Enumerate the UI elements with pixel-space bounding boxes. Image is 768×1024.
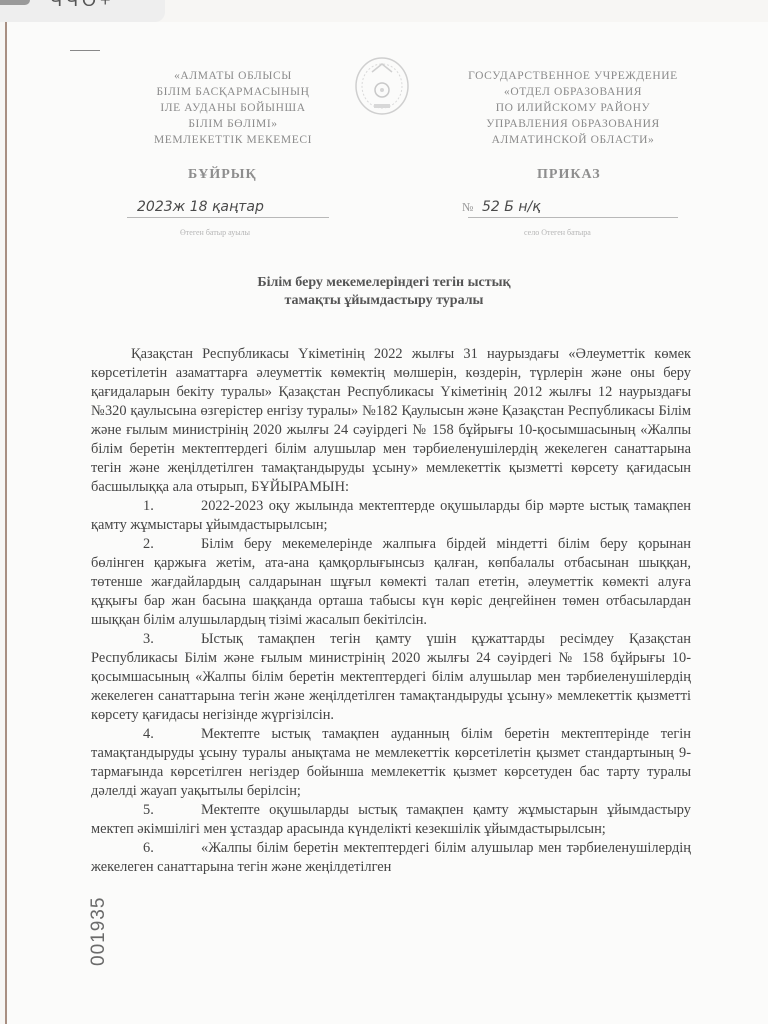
number-sign: №	[462, 200, 473, 215]
title-line: тамақты ұйымдастыру туралы	[0, 292, 768, 310]
order-item: 1.2022-2023 оқу жылында мектептерде оқуш…	[91, 497, 691, 535]
order-item: 3.Ыстық тамақпен тегін қамту үшін құжатт…	[91, 630, 691, 725]
header-line: УПРАВЛЕНИЯ ОБРАЗОВАНИЯ	[442, 116, 704, 132]
header-russian-org: ГОСУДАРСТВЕННОЕ УЧРЕЖДЕНИЕ «ОТДЕЛ ОБРАЗО…	[442, 68, 704, 148]
handwritten-number: 52 Б н/қ	[482, 199, 541, 215]
place-russian: село Отеген батыра	[524, 228, 591, 237]
doc-type-kazakh: БҰЙРЫҚ	[188, 167, 257, 183]
title-line: Білім беру мекемелеріндегі тегін ыстық	[0, 274, 768, 292]
date-field: 2023ж 18 қаңтар	[127, 195, 329, 218]
document-title: Білім беру мекемелеріндегі тегін ыстық т…	[0, 274, 768, 310]
item-number: 4.	[143, 725, 201, 744]
header-line: ІЛЕ АУДАНЫ БОЙЫНША	[128, 100, 338, 116]
order-item: 5.Мектепте оқушыларды ыстық тамақпен қам…	[91, 801, 691, 839]
header-line: ПО ИЛИЙСКОМУ РАЙОНУ	[442, 100, 704, 116]
item-number: 3.	[143, 630, 201, 649]
handwritten-date: 2023ж 18 қаңтар	[137, 199, 264, 215]
place-kazakh: Өтеген батыр ауылы	[180, 228, 250, 237]
item-number: 2.	[143, 535, 201, 554]
order-item: 2.Білім беру мекемелерінде жалпыға бірде…	[91, 535, 691, 630]
corner-dash	[70, 50, 100, 51]
header-line: БІЛІМ БӨЛІМІ»	[128, 116, 338, 132]
header-line: «АЛМАТЫ ОБЛЫСЫ	[128, 68, 338, 84]
header-line: МЕМЛЕКЕТТІК МЕКЕМЕСІ	[128, 132, 338, 148]
order-number-field: № 52 Б н/қ	[468, 195, 678, 218]
overlay-label: ЧЧО+	[50, 0, 115, 11]
header-line: ГОСУДАРСТВЕННОЕ УЧРЕЖДЕНИЕ	[442, 68, 704, 84]
state-emblem-icon	[354, 56, 410, 116]
item-number: 6.	[143, 839, 201, 858]
header-kazakh-org: «АЛМАТЫ ОБЛЫСЫ БІЛІМ БАСҚАРМАСЫНЫҢ ІЛЕ А…	[128, 68, 338, 148]
top-overlay-bar: ЧЧО+	[0, 0, 165, 22]
doc-type-russian: ПРИКАЗ	[537, 167, 601, 183]
document-body: Қазақстан Республикасы Үкіметінің 2022 ж…	[91, 345, 691, 877]
order-item: 4.Мектепте ыстық тамақпен ауданның білім…	[91, 725, 691, 801]
preamble-paragraph: Қазақстан Республикасы Үкіметінің 2022 ж…	[91, 345, 691, 497]
vertical-serial-number: 001935	[88, 897, 110, 966]
item-number: 1.	[143, 497, 201, 516]
header-line: «ОТДЕЛ ОБРАЗОВАНИЯ	[442, 84, 704, 100]
item-number: 5.	[143, 801, 201, 820]
header-line: АЛМАТИНСКОЙ ОБЛАСТИ»	[442, 132, 704, 148]
order-item: 6.«Жалпы білім беретін мектептердегі біл…	[91, 839, 691, 877]
overlay-pill	[0, 0, 30, 5]
header-line: БІЛІМ БАСҚАРМАСЫНЫҢ	[128, 84, 338, 100]
